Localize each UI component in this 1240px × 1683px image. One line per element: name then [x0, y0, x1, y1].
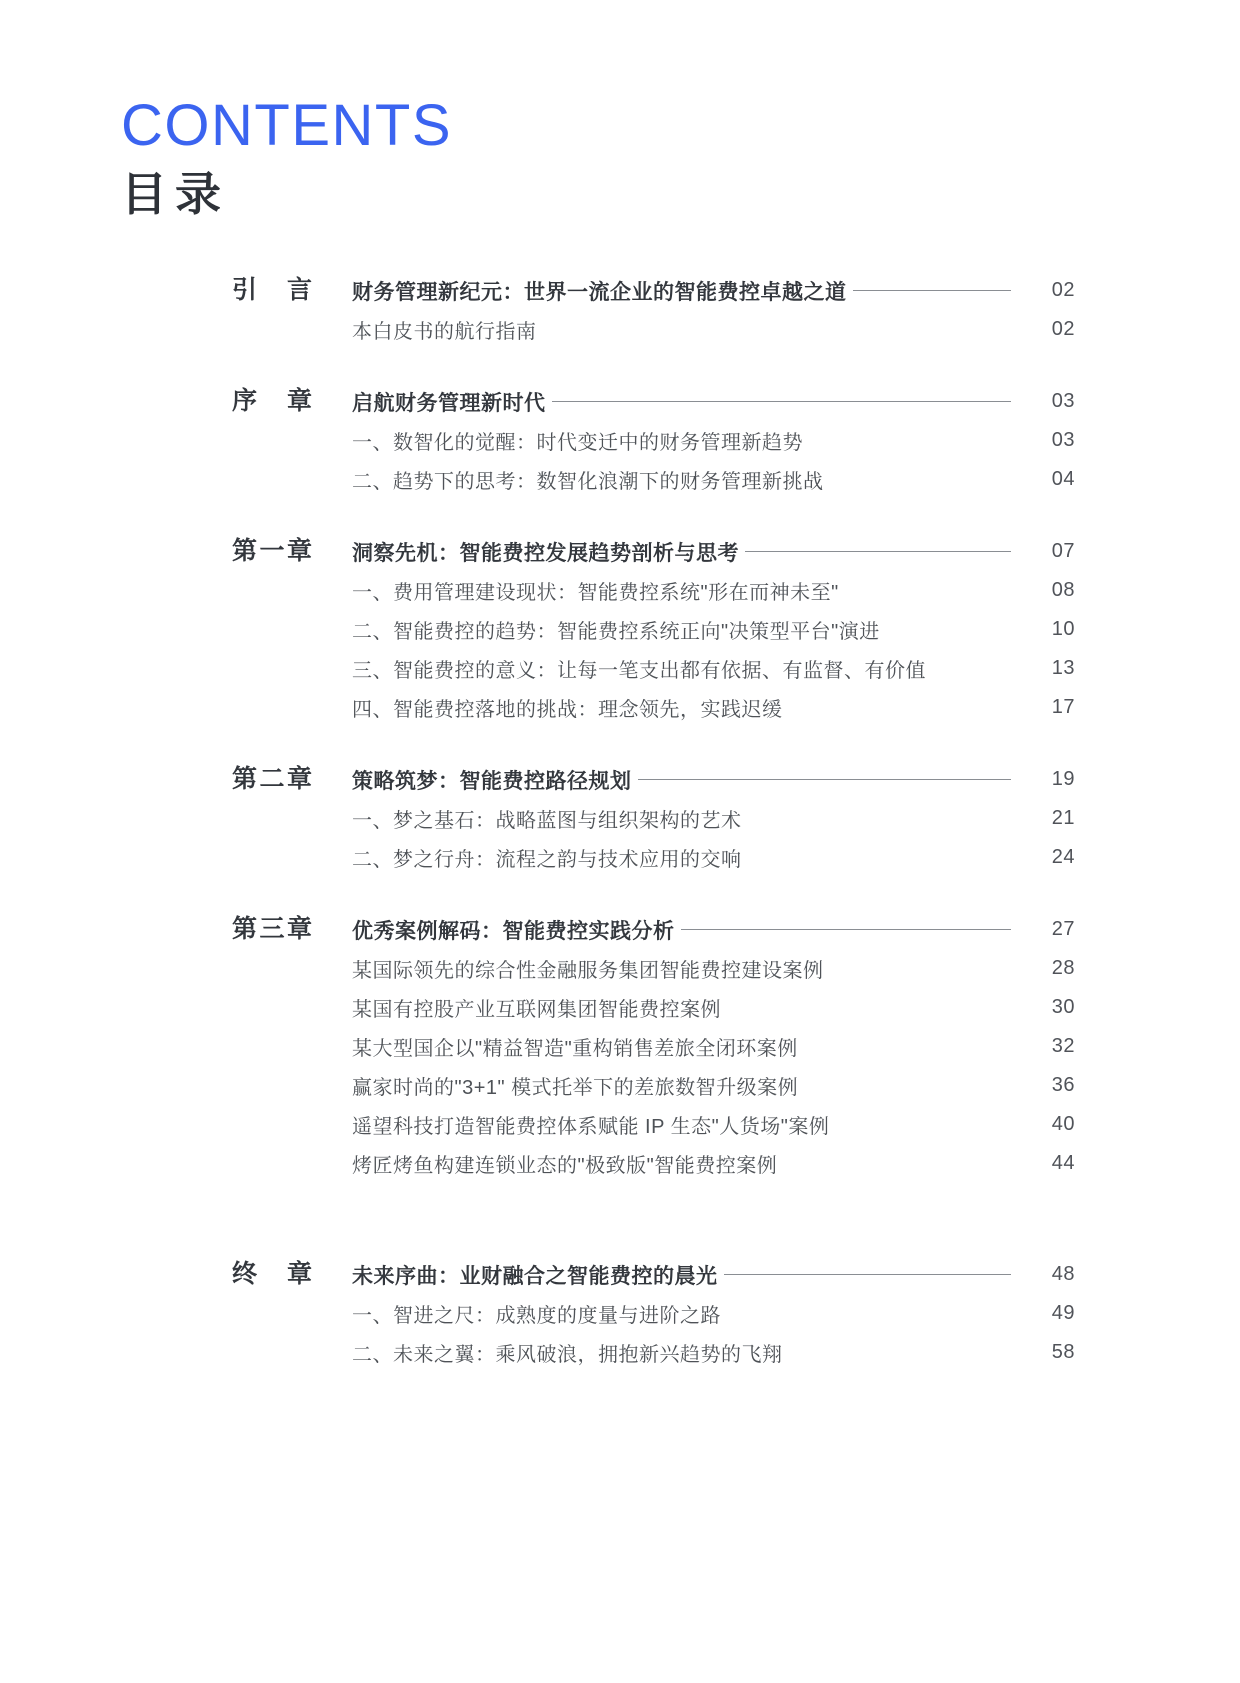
leader-line [681, 929, 1012, 930]
chapter-label: 第一章 [232, 539, 312, 564]
toc-item-row[interactable]: 三、智能费控的意义：让每一笔支出都有依据、有监督、有价值 13 [232, 649, 1075, 688]
page-number: 03 [1027, 429, 1075, 452]
item-title: 某大型国企以"精益智造"重构销售差旅全闭环案例 [352, 1032, 798, 1061]
toc-section-chapter-1: 第一章 洞察先机：智能费控发展趋势剖析与思考 07 一、费用管理建设现状：智能费… [232, 532, 1075, 727]
contents-title-zh: 目录 [121, 169, 1240, 220]
chapter-title: 财务管理新纪元：世界一流企业的智能费控卓越之道 [352, 276, 847, 306]
item-title: 三、智能费控的意义：让每一笔支出都有依据、有监督、有价值 [352, 654, 926, 683]
item-title: 烤匠烤鱼构建连锁业态的"极致版"智能费控案例 [352, 1149, 777, 1178]
page-number: 58 [1027, 1341, 1075, 1364]
page-number: 02 [1027, 279, 1075, 302]
toc-item-row[interactable]: 某国有控股产业互联网集团智能费控案例 30 [232, 988, 1075, 1027]
toc-item-row[interactable]: 一、梦之基石：战略蓝图与组织架构的艺术 21 [232, 799, 1075, 838]
page-number: 28 [1027, 957, 1075, 980]
page-number: 02 [1027, 318, 1075, 341]
page-number: 36 [1027, 1074, 1075, 1097]
page-number: 32 [1027, 1035, 1075, 1058]
page-number: 08 [1027, 579, 1075, 602]
toc-item-row[interactable]: 遥望科技打造智能费控体系赋能 IP 生态"人货场"案例 40 [232, 1105, 1075, 1144]
toc-section-final: 终章 未来序曲：业财融合之智能费控的晨光 48 一、智进之尺：成熟度的度量与进阶… [232, 1255, 1075, 1372]
page-number: 48 [1027, 1263, 1075, 1286]
toc-item-row[interactable]: 一、数智化的觉醒：时代变迁中的财务管理新趋势 03 [232, 421, 1075, 460]
chapter-label: 终章 [232, 1262, 312, 1287]
toc-section-chapter-3: 第三章 优秀案例解码：智能费控实践分析 27 某国际领先的综合性金融服务集团智能… [232, 910, 1075, 1183]
toc-item-row[interactable]: 二、趋势下的思考：数智化浪潮下的财务管理新挑战 04 [232, 460, 1075, 499]
toc-item-row[interactable]: 二、未来之翼：乘风破浪，拥抱新兴趋势的飞翔 58 [232, 1333, 1075, 1372]
toc-chapter-row[interactable]: 第三章 优秀案例解码：智能费控实践分析 27 [232, 910, 1075, 949]
chapter-title: 洞察先机：智能费控发展趋势剖析与思考 [352, 537, 739, 567]
toc-item-row[interactable]: 二、梦之行舟：流程之韵与技术应用的交响 24 [232, 838, 1075, 877]
contents-title-en: CONTENTS [121, 96, 1240, 157]
toc-section-intro: 引言 财务管理新纪元：世界一流企业的智能费控卓越之道 02 本白皮书的航行指南 … [232, 271, 1075, 349]
toc-page: CONTENTS 目录 引言 财务管理新纪元：世界一流企业的智能费控卓越之道 0… [0, 0, 1240, 1683]
page-number: 30 [1027, 996, 1075, 1019]
item-title: 四、智能费控落地的挑战：理念领先，实践迟缓 [352, 693, 783, 722]
leader-line [745, 551, 1011, 552]
leader-line [724, 1274, 1012, 1275]
item-title: 二、智能费控的趋势：智能费控系统正向"决策型平台"演进 [352, 615, 880, 644]
chapter-label: 序章 [232, 389, 312, 414]
item-title: 二、梦之行舟：流程之韵与技术应用的交响 [352, 843, 742, 872]
item-title: 某国有控股产业互联网集团智能费控案例 [352, 993, 721, 1022]
leader-line [853, 290, 1012, 291]
page-number: 21 [1027, 807, 1075, 830]
item-title: 一、梦之基石：战略蓝图与组织架构的艺术 [352, 804, 742, 833]
toc-chapter-row[interactable]: 第二章 策略筑梦：智能费控路径规划 19 [232, 760, 1075, 799]
item-title: 遥望科技打造智能费控体系赋能 IP 生态"人货场"案例 [352, 1110, 829, 1139]
page-number: 27 [1027, 918, 1075, 941]
page-number: 24 [1027, 846, 1075, 869]
item-title: 二、趋势下的思考：数智化浪潮下的财务管理新挑战 [352, 465, 824, 494]
leader-line [638, 779, 1012, 780]
page-header: CONTENTS 目录 [0, 0, 1240, 219]
toc-item-row[interactable]: 烤匠烤鱼构建连锁业态的"极致版"智能费控案例 44 [232, 1144, 1075, 1183]
toc-chapter-row[interactable]: 终章 未来序曲：业财融合之智能费控的晨光 48 [232, 1255, 1075, 1294]
toc-item-row[interactable]: 二、智能费控的趋势：智能费控系统正向"决策型平台"演进 10 [232, 610, 1075, 649]
toc-item-row[interactable]: 一、费用管理建设现状：智能费控系统"形在而神未至" 08 [232, 571, 1075, 610]
leader-line [552, 401, 1012, 402]
toc-section-prologue: 序章 启航财务管理新时代 03 一、数智化的觉醒：时代变迁中的财务管理新趋势 0… [232, 382, 1075, 499]
chapter-label: 引言 [232, 278, 312, 303]
chapter-title: 未来序曲：业财融合之智能费控的晨光 [352, 1260, 718, 1290]
page-number: 17 [1027, 696, 1075, 719]
page-number: 40 [1027, 1113, 1075, 1136]
item-title: 某国际领先的综合性金融服务集团智能费控建设案例 [352, 954, 824, 983]
chapter-label: 第二章 [232, 767, 312, 792]
toc-section-chapter-2: 第二章 策略筑梦：智能费控路径规划 19 一、梦之基石：战略蓝图与组织架构的艺术… [232, 760, 1075, 877]
item-title: 赢家时尚的"3+1" 模式托举下的差旅数智升级案例 [352, 1071, 798, 1100]
toc-item-row[interactable]: 某国际领先的综合性金融服务集团智能费控建设案例 28 [232, 949, 1075, 988]
page-number: 07 [1027, 540, 1075, 563]
toc-chapter-row[interactable]: 序章 启航财务管理新时代 03 [232, 382, 1075, 421]
toc-list: 引言 财务管理新纪元：世界一流企业的智能费控卓越之道 02 本白皮书的航行指南 … [232, 271, 1075, 1372]
item-title: 一、费用管理建设现状：智能费控系统"形在而神未至" [352, 576, 839, 605]
page-number: 13 [1027, 657, 1075, 680]
item-title: 二、未来之翼：乘风破浪，拥抱新兴趋势的飞翔 [352, 1338, 783, 1367]
toc-chapter-row[interactable]: 第一章 洞察先机：智能费控发展趋势剖析与思考 07 [232, 532, 1075, 571]
page-number: 03 [1027, 390, 1075, 413]
page-number: 49 [1027, 1302, 1075, 1325]
chapter-title: 优秀案例解码：智能费控实践分析 [352, 915, 675, 945]
chapter-label: 第三章 [232, 917, 312, 942]
toc-item-row[interactable]: 本白皮书的航行指南 02 [232, 310, 1075, 349]
toc-item-row[interactable]: 某大型国企以"精益智造"重构销售差旅全闭环案例 32 [232, 1027, 1075, 1066]
item-title: 本白皮书的航行指南 [352, 315, 537, 344]
toc-item-row[interactable]: 赢家时尚的"3+1" 模式托举下的差旅数智升级案例 36 [232, 1066, 1075, 1105]
chapter-title: 启航财务管理新时代 [352, 387, 546, 417]
chapter-title: 策略筑梦：智能费控路径规划 [352, 765, 632, 795]
page-number: 44 [1027, 1152, 1075, 1175]
page-number: 04 [1027, 468, 1075, 491]
toc-chapter-row[interactable]: 引言 财务管理新纪元：世界一流企业的智能费控卓越之道 02 [232, 271, 1075, 310]
toc-item-row[interactable]: 一、智进之尺：成熟度的度量与进阶之路 49 [232, 1294, 1075, 1333]
page-number: 19 [1027, 768, 1075, 791]
toc-item-row[interactable]: 四、智能费控落地的挑战：理念领先，实践迟缓 17 [232, 688, 1075, 727]
item-title: 一、智进之尺：成熟度的度量与进阶之路 [352, 1299, 721, 1328]
item-title: 一、数智化的觉醒：时代变迁中的财务管理新趋势 [352, 426, 803, 455]
page-number: 10 [1027, 618, 1075, 641]
